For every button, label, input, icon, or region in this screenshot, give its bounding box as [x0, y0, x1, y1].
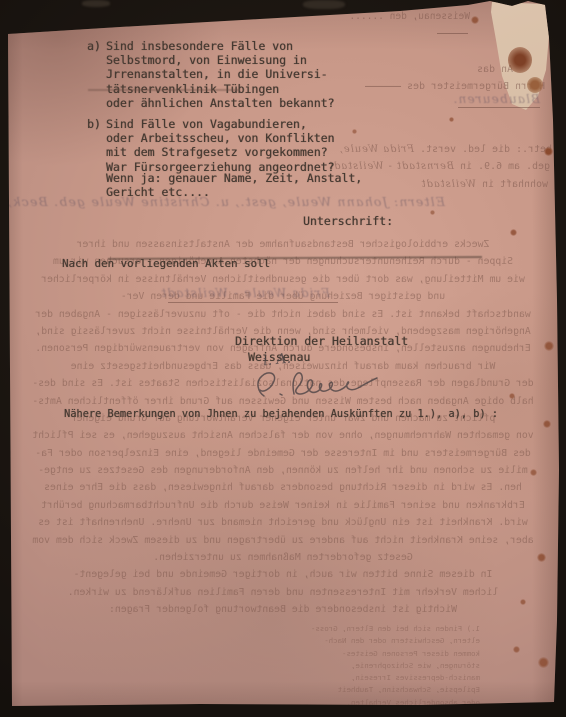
- text-line: wie um Mitteilung, was dort über die ges…: [26, 271, 540, 288]
- foxing-spot: [544, 147, 553, 156]
- question-a-block: a) Sind insbesondere Fälle vonSelbstmord…: [87, 39, 334, 110]
- bleed-rule: [437, 33, 468, 34]
- text-line: milie zu schonen und ihr helfen zu könne…: [26, 462, 540, 479]
- foxing-spot: [430, 210, 435, 215]
- remark-line: Nähere Bemerkungen von Jhnen zu bejahend…: [64, 408, 498, 420]
- text-line: lichem Verkehr mit Interessenten und der…: [26, 584, 540, 601]
- foxing-spot: [510, 229, 517, 236]
- direktion-line: Direktion der Heilanstalt: [235, 334, 408, 348]
- scan-background: Weissenau, den ...... An das Herrn Bürge…: [0, 0, 566, 717]
- bleed-rule: [458, 107, 540, 108]
- bleed-body-paragraph: Zwecks erbbiologischer Bestandsaufnahme …: [26, 236, 540, 619]
- text-line: 1.) Finden sich bei den Eltern, Gross-: [320, 623, 480, 635]
- foxing-spot: [538, 657, 549, 668]
- text-line: aber, seine Krankheit nicht auf andere z…: [26, 532, 540, 549]
- text-line: oder ähnlichen Anstalten bekannt?: [106, 96, 334, 110]
- foxing-spot: [509, 393, 515, 399]
- foxing-spot: [508, 47, 532, 73]
- bleed-question-list: 1.) Finden sich bei den Eltern, Gross-el…: [320, 623, 480, 717]
- text-line: wandtschaft bekannt ist. Es sind dabei n…: [26, 306, 540, 323]
- text-line: Zwecks erbbiologischer Bestandsaufnahme …: [26, 236, 540, 253]
- text-line: störungen, wie Schizophrenie,: [320, 660, 480, 672]
- text-line: mit dem Strafgesetz vorgekommen?: [106, 145, 334, 159]
- text-line: Jrrenanstalten, in die Universi-: [106, 67, 334, 81]
- text-line: manisch-depressives Irresein,: [320, 672, 480, 684]
- scan-edge-mark: [303, 0, 345, 9]
- text-line: oder absonderliches Verhalten,: [320, 697, 480, 709]
- ink-smudge-line: [88, 89, 240, 91]
- bleed-name-underline: [168, 302, 338, 303]
- bleed-an-das: An das: [477, 64, 513, 75]
- document-page: Weissenau, den ...... An das Herrn Bürge…: [0, 0, 566, 717]
- text-line: des Bürgermeisters und im Interesse der …: [26, 445, 540, 462]
- question-b-lines: Sind Fälle von Vagabundieren,oder Arbeit…: [106, 117, 334, 174]
- pencil-annotation: 48.5.43: [55, 5, 94, 17]
- text-line: Wichtig ist insbesondere die Beantwortun…: [26, 601, 540, 618]
- foxing-spot: [471, 16, 479, 24]
- text-line: Eigentümlichkeiten, Trunksucht?: [320, 709, 480, 717]
- text-line: In diesem Sinne bitten wir auch, in dort…: [26, 566, 540, 583]
- foxing-spot: [543, 420, 551, 428]
- wenn-ja-block: Wenn ja: genauer Name, Zeit, Anstalt,Ger…: [106, 171, 362, 199]
- foxing-spot: [449, 117, 454, 122]
- question-a-label: a): [87, 39, 106, 110]
- bleed-wohnhaft-line: wohnhaft in Weilstadt: [421, 179, 548, 190]
- wenn-ja-lines: Wenn ja: genauer Name, Zeit, Anstalt,Ger…: [106, 171, 362, 199]
- bleed-address-line: Herrn Bürgermeister des ――――――: [365, 81, 545, 92]
- foxing-spot: [527, 77, 543, 93]
- bleed-betr-line: betr.: die led. verst. Frida Weule,: [339, 144, 552, 155]
- question-a-lines: Sind insbesondere Fälle vonSelbstmord, v…: [106, 39, 334, 110]
- unterschrift-label: Unterschrift:: [303, 214, 393, 228]
- text-line: Selbstmord, von Einweisung in: [106, 53, 334, 67]
- text-line: Sind Fälle von Vagabundieren,: [106, 117, 334, 131]
- question-b-label: b): [87, 117, 106, 174]
- text-line: Sind insbesondere Fälle von: [106, 39, 334, 53]
- text-line: hen. Es wird in dieser Richtung besonder…: [26, 479, 540, 496]
- text-line: Wenn ja: genauer Name, Zeit, Anstalt,: [106, 171, 362, 185]
- foxing-spot: [537, 553, 546, 562]
- bleed-name-script: Frida Weule - Weilstadt: [160, 286, 330, 300]
- foxing-spot: [513, 646, 520, 653]
- signature-handwriting: [250, 366, 380, 406]
- foxing-spot: [544, 341, 554, 351]
- text-line: von gemachten Wahrnehmungen, ohne von de…: [26, 427, 540, 444]
- scan-edge-mark: [82, 0, 110, 7]
- foxing-spot: [530, 469, 537, 476]
- text-line: Epilepsie, Schwachsinn, Taubheit: [320, 684, 480, 696]
- text-line: wird. Krankheit ist ein Unglück und gere…: [26, 514, 540, 531]
- text-line: und geistiger Beziehung über die Familie…: [26, 288, 540, 305]
- text-line: kommen dieser Personen Geistes-: [320, 648, 480, 660]
- text-line: Gericht etc....: [106, 185, 362, 199]
- foxing-spot: [520, 599, 526, 605]
- text-line: Gesetz geforderten Maßnahmen zu unterzie…: [26, 549, 540, 566]
- bleed-dateline: Weissenau, den ......: [349, 11, 470, 22]
- foxing-spot: [352, 129, 357, 134]
- text-line: Erbkranken und seiner Familie in keiner …: [26, 497, 540, 514]
- text-line: oder Arbeitsscheu, von Konflikten: [106, 131, 334, 145]
- question-b-block: b) Sind Fälle von Vagabundieren,oder Arb…: [87, 117, 334, 174]
- bleed-ort-script: Blaubeuren.: [452, 92, 540, 106]
- text-line: eltern, Geschwistern oder den Nach-: [320, 635, 480, 647]
